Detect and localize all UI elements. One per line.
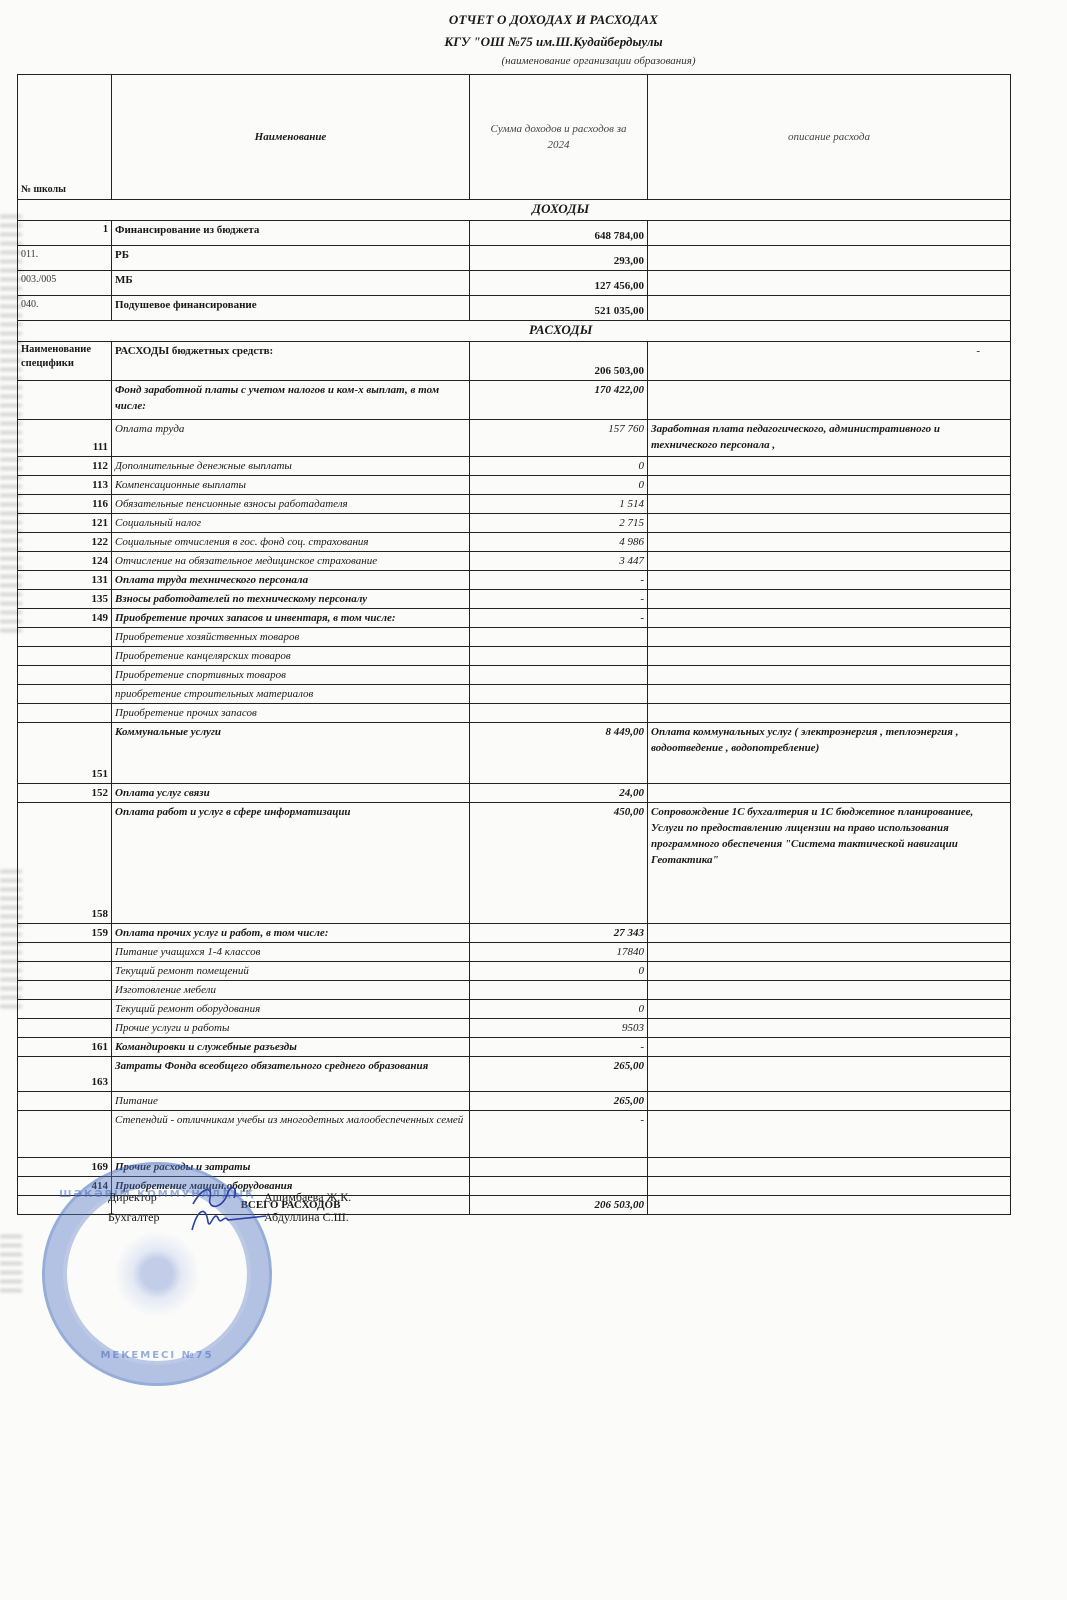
organization-name: КГУ "ОШ №75 им.Ш.Кудайбердыулы [40, 34, 1067, 50]
income-code: 040. [18, 296, 112, 321]
expense-name: Оплата услуг связи [112, 784, 470, 803]
signature-scribble-icon [188, 1204, 268, 1234]
expense-code: 131 [18, 571, 112, 590]
expense-row: Приобретение канцелярских товаров [18, 647, 1011, 666]
expense-amount [470, 628, 648, 647]
expense-code [18, 943, 112, 962]
income-code: 003./005 [18, 271, 112, 296]
expense-description [648, 1057, 1011, 1092]
signature-person: Ашимбаева Ж.К. [264, 1190, 351, 1205]
expense-code: 112 [18, 457, 112, 476]
expense-code: 122 [18, 533, 112, 552]
expense-row: 151Коммунальные услуги8 449,00Оплата ком… [18, 723, 1011, 784]
expense-name: Приобретение прочих запасов и инвентаря,… [112, 609, 470, 628]
expense-code: 151 [18, 723, 112, 784]
expense-name: Питание [112, 1092, 470, 1111]
income-row: 011.РБ293,00 [18, 246, 1011, 271]
expense-amount: - [470, 609, 648, 628]
income-amount: 648 784,00 [470, 221, 648, 246]
expense-code: 161 [18, 1038, 112, 1057]
expense-row: 131Оплата труда технического персонала- [18, 571, 1011, 590]
expense-description [648, 1177, 1011, 1196]
expense-amount: 170 422,00 [470, 381, 648, 420]
expense-description [648, 476, 1011, 495]
col-header-amount: Сумма доходов и расходов за 2024 [470, 75, 648, 200]
expense-description: Оплата коммунальных услуг ( электроэнерг… [648, 723, 1011, 784]
col-header-school-no: № школы [18, 75, 112, 200]
signature-person: Абдуллина С.Ш. [264, 1210, 349, 1225]
expense-code: 163 [18, 1057, 112, 1092]
expense-amount [470, 1177, 648, 1196]
expense-row: 124Отчисление на обязательное медицинско… [18, 552, 1011, 571]
expense-row: Приобретение хозяйственных товаров [18, 628, 1011, 647]
expense-code: 121 [18, 514, 112, 533]
expense-description [648, 495, 1011, 514]
expense-row: Приобретение спортивных товаров [18, 666, 1011, 685]
expense-row: Питание учащихся 1-4 классов17840 [18, 943, 1011, 962]
expense-code [18, 685, 112, 704]
total-amount: 206 503,00 [470, 1196, 648, 1215]
expense-row: Степендий - отличникам учебы из многодет… [18, 1111, 1011, 1158]
expense-section-row: РАСХОДЫ [18, 321, 1011, 342]
expense-row: Питание265,00 [18, 1092, 1011, 1111]
expense-description [648, 514, 1011, 533]
expense-row: 152Оплата услуг связи24,00 [18, 784, 1011, 803]
expense-amount [470, 1158, 648, 1177]
expense-row: 113Компенсационные выплаты0 [18, 476, 1011, 495]
income-description [648, 221, 1011, 246]
expense-amount [470, 647, 648, 666]
expense-description [648, 381, 1011, 420]
expense-amount: 450,00 [470, 803, 648, 924]
expense-name: Коммунальные услуги [112, 723, 470, 784]
expense-code [18, 1092, 112, 1111]
expense-code [18, 381, 112, 420]
expense-row: 111Оплата труда157 760Заработная плата п… [18, 420, 1011, 457]
expense-header-name: РАСХОДЫ бюджетных средств: [112, 342, 470, 381]
income-row: 003./005МБ127 456,00 [18, 271, 1011, 296]
expense-code [18, 962, 112, 981]
expense-description [648, 943, 1011, 962]
expense-amount: 24,00 [470, 784, 648, 803]
expense-amount: 0 [470, 457, 648, 476]
expense-amount [470, 685, 648, 704]
income-expense-table: № школы Наименование Сумма доходов и рас… [17, 74, 1011, 1215]
expense-row: Текущий ремонт помещений0 [18, 962, 1011, 981]
expense-name: Текущий ремонт оборудования [112, 1000, 470, 1019]
section-spacer [18, 321, 112, 342]
expense-description: Сопровождение 1С бухгалтерия и 1С бюджет… [648, 803, 1011, 924]
expense-name: Прочие услуги и работы [112, 1019, 470, 1038]
expense-amount: - [470, 571, 648, 590]
expense-row: 161Командировки и служебные разъезды- [18, 1038, 1011, 1057]
expense-description [648, 1092, 1011, 1111]
expense-description [648, 924, 1011, 943]
expense-row: 158Оплата работ и услуг в сфере информат… [18, 803, 1011, 924]
expense-name: Взносы работодателей по техническому пер… [112, 590, 470, 609]
expense-code: 158 [18, 803, 112, 924]
income-name: МБ [112, 271, 470, 296]
expense-name: Отчисление на обязательное медицинское с… [112, 552, 470, 571]
income-section-row: ДОХОДЫ [18, 200, 1011, 221]
expense-code [18, 628, 112, 647]
stamp-bottom-text: МЕКЕМЕСІ №75 [45, 1350, 269, 1361]
document-header: ОТЧЕТ О ДОХОДАХ И РАСХОДАХ КГУ "ОШ №75 и… [0, 12, 1067, 67]
expense-code [18, 1019, 112, 1038]
expense-row: 121Социальный налог2 715 [18, 514, 1011, 533]
expense-description [648, 666, 1011, 685]
expense-header-code: Наименование специфики [18, 342, 112, 381]
expense-description [648, 571, 1011, 590]
expense-amount: 17840 [470, 943, 648, 962]
expense-amount: - [470, 590, 648, 609]
income-amount: 293,00 [470, 246, 648, 271]
expense-description [648, 1038, 1011, 1057]
expense-name: Дополнительные денежные выплаты [112, 457, 470, 476]
expense-amount [470, 981, 648, 1000]
expense-row: Текущий ремонт оборудования0 [18, 1000, 1011, 1019]
expense-description [648, 628, 1011, 647]
expense-code [18, 647, 112, 666]
expense-row: 149Приобретение прочих запасов и инвента… [18, 609, 1011, 628]
expense-amount: 1 514 [470, 495, 648, 514]
expense-name: Командировки и служебные разъезды [112, 1038, 470, 1057]
expense-name: Изготовление мебели [112, 981, 470, 1000]
expense-header-description: - [648, 342, 1011, 381]
expense-row: Прочие услуги и работы9503 [18, 1019, 1011, 1038]
income-section-title: ДОХОДЫ [112, 200, 1011, 221]
expense-name: приобретение строительных материалов [112, 685, 470, 704]
expense-amount: 157 760 [470, 420, 648, 457]
expense-amount: 27 343 [470, 924, 648, 943]
income-name: Подушевое финансирование [112, 296, 470, 321]
income-description [648, 271, 1011, 296]
expense-code: 159 [18, 924, 112, 943]
expense-name: Степендий - отличникам учебы из многодет… [112, 1111, 470, 1158]
expense-name: Компенсационные выплаты [112, 476, 470, 495]
income-amount: 521 035,00 [470, 296, 648, 321]
expense-description [648, 784, 1011, 803]
emblem-icon [115, 1229, 199, 1319]
income-row: 040.Подушевое финансирование521 035,00 [18, 296, 1011, 321]
expense-description [648, 533, 1011, 552]
expense-name: Затраты Фонда всеобщего обязательного ср… [112, 1057, 470, 1092]
expense-row: приобретение строительных материалов [18, 685, 1011, 704]
expense-code: 111 [18, 420, 112, 457]
income-description [648, 296, 1011, 321]
expense-code [18, 1000, 112, 1019]
expense-amount: 8 449,00 [470, 723, 648, 784]
expense-code: 169 [18, 1158, 112, 1177]
expense-description [648, 552, 1011, 571]
expense-amount: - [470, 1111, 648, 1158]
income-amount: 127 456,00 [470, 271, 648, 296]
expense-section-title: РАСХОДЫ [112, 321, 1011, 342]
income-description [648, 246, 1011, 271]
expense-name: Приобретение хозяйственных товаров [112, 628, 470, 647]
expense-code [18, 704, 112, 723]
expense-name: Приобретение канцелярских товаров [112, 647, 470, 666]
expense-name: Фонд заработной платы с учетом налогов и… [112, 381, 470, 420]
expense-code [18, 666, 112, 685]
expense-amount: 0 [470, 962, 648, 981]
expense-amount: 2 715 [470, 514, 648, 533]
expense-name: Оплата труда [112, 420, 470, 457]
expense-name: Социальный налог [112, 514, 470, 533]
expense-description [648, 1019, 1011, 1038]
expense-header-row: Наименование спецификиРАСХОДЫ бюджетных … [18, 342, 1011, 381]
col-header-name: Наименование [112, 75, 470, 200]
expense-description: Заработная плата педагогического, админи… [648, 420, 1011, 457]
income-name: РБ [112, 246, 470, 271]
expense-description [648, 1158, 1011, 1177]
expense-row: Приобретение прочих запасов [18, 704, 1011, 723]
expense-amount: 9503 [470, 1019, 648, 1038]
expense-row: Изготовление мебели [18, 981, 1011, 1000]
expense-name: Питание учащихся 1-4 классов [112, 943, 470, 962]
expense-amount: 3 447 [470, 552, 648, 571]
expense-row: 159Оплата прочих услуг и работ, в том чи… [18, 924, 1011, 943]
expense-name: Оплата прочих услуг и работ, в том числе… [112, 924, 470, 943]
expense-description [648, 685, 1011, 704]
expense-description [648, 609, 1011, 628]
expense-description [648, 1000, 1011, 1019]
expense-row: 116Обязательные пенсионные взносы работа… [18, 495, 1011, 514]
income-row: 1Финансирование из бюджета648 784,00 [18, 221, 1011, 246]
expense-header-amount: 206 503,00 [470, 342, 648, 381]
expense-amount: 4 986 [470, 533, 648, 552]
expense-code [18, 981, 112, 1000]
expense-code: 135 [18, 590, 112, 609]
income-name: Финансирование из бюджета [112, 221, 470, 246]
income-code: 011. [18, 246, 112, 271]
expense-row: 112Дополнительные денежные выплаты0 [18, 457, 1011, 476]
expense-description [648, 1111, 1011, 1158]
expense-amount: - [470, 1038, 648, 1057]
expense-code: 152 [18, 784, 112, 803]
income-code: 1 [18, 221, 112, 246]
expense-description [648, 647, 1011, 666]
expense-row: 135Взносы работодателей по техническому … [18, 590, 1011, 609]
expense-name: Приобретение спортивных товаров [112, 666, 470, 685]
expense-row: Фонд заработной платы с учетом налогов и… [18, 381, 1011, 420]
expense-description [648, 704, 1011, 723]
expense-name: Оплата работ и услуг в сфере информатиза… [112, 803, 470, 924]
expense-amount [470, 666, 648, 685]
expense-description [648, 962, 1011, 981]
expense-description [648, 981, 1011, 1000]
col-header-description: описание расхода [648, 75, 1011, 200]
organization-caption: (наименование организации образования) [130, 55, 1067, 67]
expense-amount: 265,00 [470, 1057, 648, 1092]
expense-amount: 0 [470, 476, 648, 495]
expense-code: 113 [18, 476, 112, 495]
expense-name: Приобретение прочих запасов [112, 704, 470, 723]
expense-amount: 265,00 [470, 1092, 648, 1111]
expense-name: Оплата труда технического персонала [112, 571, 470, 590]
expense-name: Текущий ремонт помещений [112, 962, 470, 981]
expense-description [648, 457, 1011, 476]
expense-description [648, 590, 1011, 609]
expense-amount [470, 704, 648, 723]
expense-code [18, 1111, 112, 1158]
expense-amount: 0 [470, 1000, 648, 1019]
scan-artifact [0, 1235, 22, 1295]
table-header-row: № школы Наименование Сумма доходов и рас… [18, 75, 1011, 200]
total-description [648, 1196, 1011, 1215]
expense-row: 122Социальные отчисления в гос. фонд соц… [18, 533, 1011, 552]
expense-code: 124 [18, 552, 112, 571]
expense-name: Социальные отчисления в гос. фонд соц. с… [112, 533, 470, 552]
expense-code: 149 [18, 609, 112, 628]
document-title: ОТЧЕТ О ДОХОДАХ И РАСХОДАХ [40, 12, 1067, 28]
expense-code: 116 [18, 495, 112, 514]
expense-row: 163Затраты Фонда всеобщего обязательного… [18, 1057, 1011, 1092]
expense-name: Обязательные пенсионные взносы работадат… [112, 495, 470, 514]
